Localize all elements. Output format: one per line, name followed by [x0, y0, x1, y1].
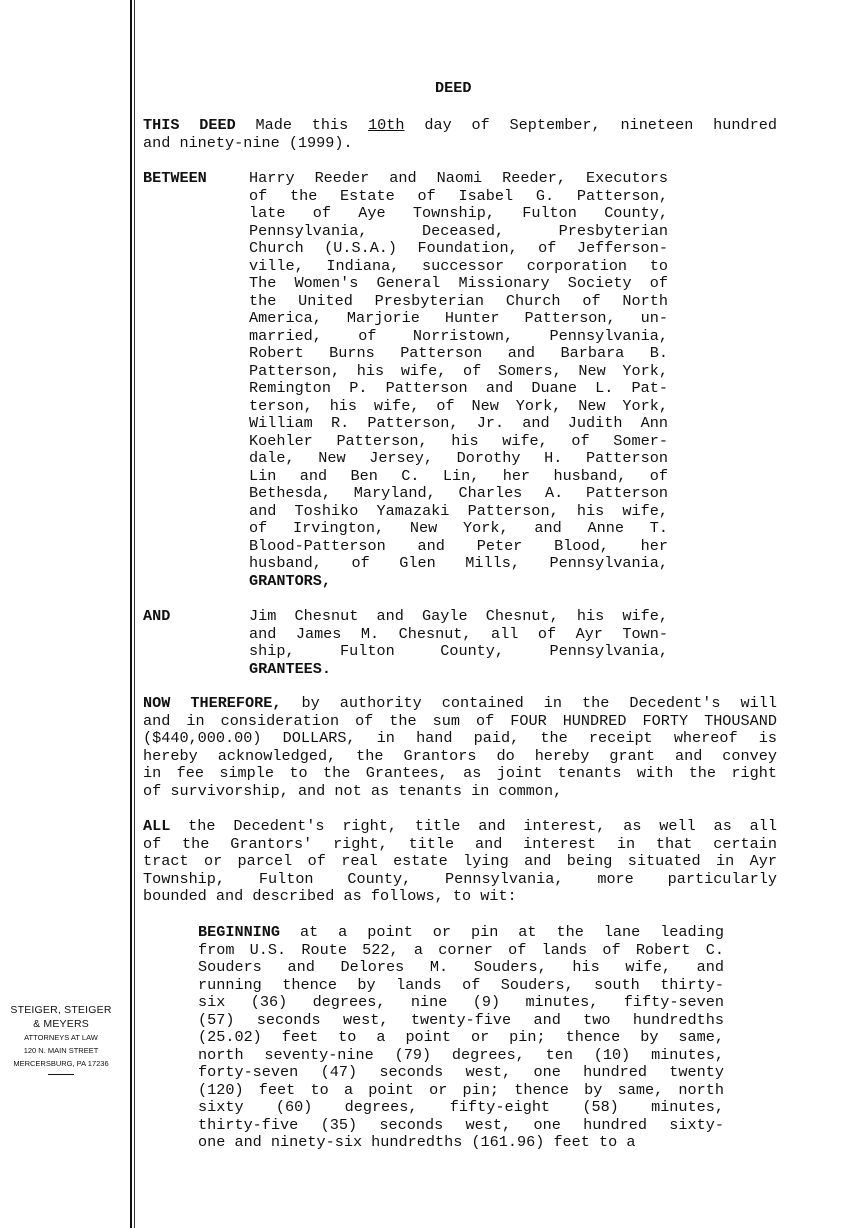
paragraph-line: (120) feet to a point or pin; thence by …	[198, 1082, 724, 1100]
party-role: GRANTORS,	[249, 573, 668, 591]
paragraph-text: by authority contained in the Decedent's…	[282, 694, 778, 712]
stamp-divider	[48, 1074, 74, 1075]
party-line: of Irvington, New York, and Anne T.	[249, 520, 668, 538]
paragraph-line: NOW THEREFORE, by authority contained in…	[143, 695, 777, 713]
party-line: ville, Indiana, successor corporation to	[249, 258, 668, 276]
party-line: Harry Reeder and Naomi Reeder, Executors	[249, 170, 668, 188]
paragraph-line: Souders and Delores M. Souders, his wife…	[198, 959, 724, 977]
now-therefore-paragraph: NOW THEREFORE, by authority contained in…	[143, 695, 777, 800]
firm-street: 120 N. MAIN STREET	[0, 1044, 122, 1057]
margin-rule-inner	[134, 0, 135, 1228]
paragraph-line: running thence by lands of Souders, sout…	[198, 977, 724, 995]
beginning-paragraph: BEGINNING at a point or pin at the lane …	[198, 924, 724, 1152]
party-line: of the Estate of Isabel G. Patterson,	[249, 188, 668, 206]
law-firm-stamp: STEIGER, STEIGER & MEYERS ATTORNEYS AT L…	[0, 1003, 122, 1075]
paragraph-text: the Decedent's right, title and interest…	[170, 817, 777, 835]
paragraph-line: forty-seven (47) seconds west, one hundr…	[198, 1064, 724, 1082]
party-line: Bethesda, Maryland, Charles A. Patterson	[249, 485, 668, 503]
party-line: ship, Fulton County, Pennsylvania,	[249, 643, 668, 661]
paragraph-line: of the Grantors' right, title and intere…	[143, 836, 777, 854]
paragraph-line: of survivorship, and not as tenants in c…	[143, 783, 777, 801]
party-line: and James M. Chesnut, all of Ayr Town-	[249, 626, 668, 644]
party-line: husband, of Glen Mills, Pennsylvania,	[249, 555, 668, 573]
party-line: The Women's General Missionary Society o…	[249, 275, 668, 293]
paragraph-line: (57) seconds west, twenty-five and two h…	[198, 1012, 724, 1030]
opening-lead: THIS DEED	[143, 116, 236, 134]
paragraph-text: at a point or pin at the lane leading	[280, 923, 724, 941]
paragraph-line: six (36) degrees, nine (9) minutes, fift…	[198, 994, 724, 1012]
party-line: Koehler Patterson, his wife, of Somer-	[249, 433, 668, 451]
paragraph-line: sixty (60) degrees, fifty-eight (58) min…	[198, 1099, 724, 1117]
grantors-block: Harry Reeder and Naomi Reeder, Executors…	[249, 170, 668, 590]
paragraph-line: tract or parcel of real estate lying and…	[143, 853, 777, 871]
paragraph-lead: NOW THEREFORE,	[143, 694, 282, 712]
party-role: GRANTEES.	[249, 661, 668, 679]
party-line: Lin and Ben C. Lin, her husband, of	[249, 468, 668, 486]
paragraph-line: (25.02) feet to a point or pin; thence b…	[198, 1029, 724, 1047]
document-title: DEED	[435, 80, 471, 98]
paragraph-lead: BEGINNING	[198, 923, 280, 941]
paragraph-line: thirty-five (35) seconds west, one hundr…	[198, 1117, 724, 1135]
party-line: Church (U.S.A.) Foundation, of Jefferson…	[249, 240, 668, 258]
opening-line-1: THIS DEED Made this 10th day of Septembe…	[143, 117, 777, 135]
paragraph-line: Township, Fulton County, Pennsylvania, m…	[143, 871, 777, 889]
party-line: Jim Chesnut and Gayle Chesnut, his wife,	[249, 608, 668, 626]
paragraph-line: in fee simple to the Grantees, as joint …	[143, 765, 777, 783]
paragraph-line: from U.S. Route 522, a corner of lands o…	[198, 942, 724, 960]
margin-rule	[130, 0, 132, 1228]
paragraph-lead: ALL	[143, 817, 170, 835]
firm-city: MERCERSBURG, PA 17236	[0, 1057, 122, 1070]
firm-name-line-1: STEIGER, STEIGER	[0, 1003, 122, 1017]
deed-day: 10th	[368, 116, 404, 134]
opening-line-2: and ninety-nine (1999).	[143, 135, 777, 153]
paragraph-line: ALL the Decedent's right, title and inte…	[143, 818, 777, 836]
paragraph-line: north seventy-nine (79) degrees, ten (10…	[198, 1047, 724, 1065]
party-line: the United Presbyterian Church of North	[249, 293, 668, 311]
party-line: Blood-Patterson and Peter Blood, her	[249, 538, 668, 556]
grantees-block: Jim Chesnut and Gayle Chesnut, his wife,…	[249, 608, 668, 678]
party-line: dale, New Jersey, Dorothy H. Patterson	[249, 450, 668, 468]
between-label: BETWEEN	[143, 170, 207, 188]
party-line: married, of Norristown, Pennsylvania,	[249, 328, 668, 346]
paragraph-line: ($440,000.00) DOLLARS, in hand paid, the…	[143, 730, 777, 748]
party-line: America, Marjorie Hunter Patterson, un-	[249, 310, 668, 328]
party-line: Pennsylvania, Deceased, Presbyterian	[249, 223, 668, 241]
party-line: and Toshiko Yamazaki Patterson, his wife…	[249, 503, 668, 521]
paragraph-line: bounded and described as follows, to wit…	[143, 888, 777, 906]
party-line: Robert Burns Patterson and Barbara B.	[249, 345, 668, 363]
firm-subtitle: ATTORNEYS AT LAW	[0, 1031, 122, 1044]
party-line: Patterson, his wife, of Somers, New York…	[249, 363, 668, 381]
paragraph-line: and in consideration of the sum of FOUR …	[143, 713, 777, 731]
party-line: terson, his wife, of New York, New York,	[249, 398, 668, 416]
paragraph-line: hereby acknowledged, the Grantors do her…	[143, 748, 777, 766]
firm-name-line-2: & MEYERS	[0, 1017, 122, 1031]
all-clause-paragraph: ALL the Decedent's right, title and inte…	[143, 818, 777, 906]
paragraph-line: one and ninety-six hundredths (161.96) f…	[198, 1134, 724, 1152]
party-line: William R. Patterson, Jr. and Judith Ann	[249, 415, 668, 433]
opening-paragraph: THIS DEED Made this 10th day of Septembe…	[143, 117, 777, 152]
party-line: late of Aye Township, Fulton County,	[249, 205, 668, 223]
paragraph-line: BEGINNING at a point or pin at the lane …	[198, 924, 724, 942]
and-label: AND	[143, 608, 170, 626]
party-line: Remington P. Patterson and Duane L. Pat-	[249, 380, 668, 398]
